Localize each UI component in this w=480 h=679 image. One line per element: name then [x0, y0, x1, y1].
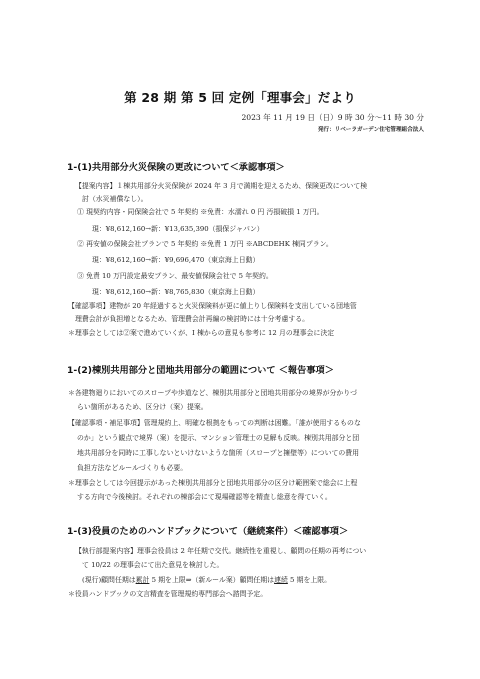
term-rule-line: (現行)顧問任期は累計 5 期を上限⇒（新ルール案）顧問任期は連続 5 期を上限… [82, 575, 331, 585]
term-rule-limit: 5 期を上限。 [288, 576, 331, 584]
paragraph-line: する方向で今後検討。それぞれの棟部会にて現場確認等を精査し総意を得ていく。 [77, 492, 332, 502]
option-2: ② 再安値の保険会社プランで 5 年契約 ※免責 1 万円 ※ABCDEHK 棟… [77, 239, 333, 249]
term-rule-consecutive: 連続 [274, 576, 288, 584]
board-decision: ＊理事会としては今回提示があった棟別共用部分と団地共用部分の区分け範囲案で総会に… [68, 478, 357, 488]
paragraph-line: 【提案内容】１棟共用部分火災保険が 2024 年 3 月で満期を迎えるため、保険… [75, 181, 367, 191]
document-page: 第 28 期 第 5 回 定例「理事会」だより 2023 年 11 月 19 日… [0, 0, 480, 679]
board-decision: ＊役員ハンドブックの文言精査を管理規約専門部会へ諮問予定。 [68, 589, 267, 599]
board-decision: ＊理事会としては②案で進めていくが、I 棟からの意見も参考に 12 月の理事会に… [68, 328, 334, 338]
page-title: 第 28 期 第 5 回 定例「理事会」だより [0, 88, 480, 106]
section-heading-fire-insurance: 1-(1)共用部分火災保険の更改について＜承認事項＞ [67, 159, 285, 173]
term-rule-current: (現行)顧問任期は [82, 576, 136, 584]
section-heading-handbook: 1-(3)役員のためのハンドブックについて（継続案件）＜確認事項＞ [67, 523, 348, 537]
option-3: ③ 免責 10 万円設定最安プラン、最安値保険会社で 5 年契約。 [77, 271, 273, 281]
paragraph-line: 地共用部分を同時に工事しないといけないような箇所（スロープと擁壁等）についての費… [77, 448, 359, 458]
option-2-price: 現：¥8,612,160→新：¥9,696,470（東京海上日動） [92, 255, 259, 265]
issuer: 発行：リベーラガーデン住宅管理組合法人 [318, 125, 424, 133]
paragraph-line: のか」という観点で境界（案）を提示、マンション管理士の見解も反映。棟別共用部分と… [77, 433, 359, 443]
option-3-price: 現：¥8,612,160→新：¥8,765,830（東京海上日動） [92, 287, 259, 297]
proposal-line: 【執行部提案内容】理事会役員は 2 年任期で交代。継続性を重視し、顧問の任期の再… [75, 546, 366, 556]
paragraph-line: て 10/22 の理事会にて出た意見を検討した。 [82, 560, 223, 570]
option-1-price: 現：¥8,612,160→新：¥13,635,390（損保ジャパン） [92, 224, 264, 234]
bullet-line: ＊各建物廻りにおいてのスロープや歩道など、棟別共用部分と団地共用部分の境界が分か… [68, 388, 357, 398]
section-heading-common-area-scope: 1-(2)棟別共用部分と団地共用部分の範囲について ＜報告事項＞ [67, 362, 334, 376]
term-rule-new: 5 期を上限⇒（新ルール案）顧問任期は [149, 576, 274, 584]
option-1: ① 現契約内容・同保険会社で 5 年契約 ※免責：水濡れ 0 円 汚損破損 1 … [77, 207, 323, 217]
term-rule-cumulative: 累計 [136, 576, 150, 584]
paragraph-line: 負担方法などルールづくりも必要。 [77, 463, 187, 473]
paragraph-line: らい箇所があるため、区分け（案）提案。 [77, 402, 208, 412]
confirmation-note: 【確認事項・補足事項】管理規約上、明確な根拠をもっての判断は困難。「誰が使用する… [68, 418, 361, 428]
paragraph-line: 理費会計が負担増となるため、管理費会計再編の検討時には十分考慮する。 [75, 314, 309, 324]
confirmation-note: 【確認事項】建物が 20 年経過すると火災保険料が更に値上りし保険料を支出してい… [68, 301, 357, 311]
meeting-datetime: 2023 年 11 月 19 日（日）9 時 30 分〜11 時 30 分 [241, 112, 424, 123]
paragraph-line: 討（水災補償なし）。 [82, 194, 147, 204]
